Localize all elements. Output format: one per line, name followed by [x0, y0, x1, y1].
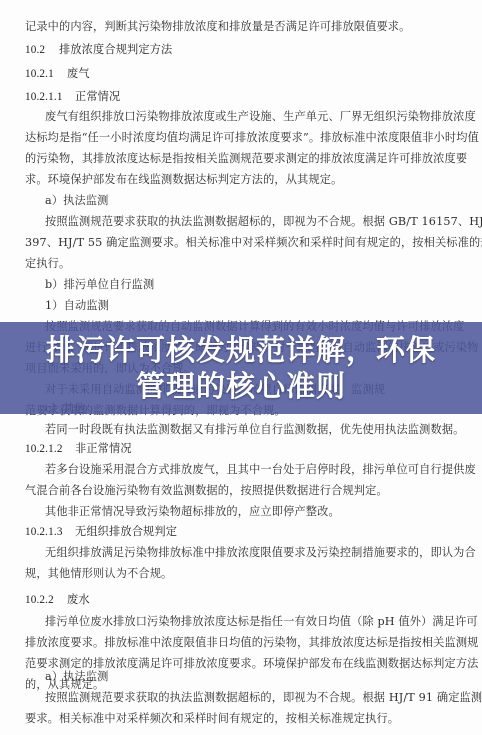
paragraph-line: 达标均是指“任一小时浓度均值均满足许可排放浓度要求”。排放标准中浓度限值非小时均… — [25, 131, 479, 145]
section-number: 10.2.2 — [25, 593, 67, 607]
paragraph-line: 排放浓度要求。排放标准中浓度限值非日均值的污染物，其排放浓度达标是指按相关监测规 — [25, 636, 479, 650]
paragraph-line: 记录中的内容，判断其污染物排放浓度和排放量是否满足许可排放限值要求。 — [25, 20, 410, 34]
section-number: 10.2.1.3 — [25, 525, 75, 539]
section-heading-10-2-1-3: 10.2.1.3无组织排放合规判定 — [25, 525, 177, 539]
paragraph-line: 按照监测规范要求获取的执法监测数据超标的，即视为不合规。根据 GB/T 1615… — [45, 215, 482, 229]
paragraph-line: 若同一时段既有执法监测数据又有排污单位自行监测数据，优先使用执法监测数据。 — [45, 423, 465, 437]
section-title: 废气 — [67, 67, 90, 80]
paragraph-line: 定执行。 — [25, 257, 70, 271]
banner-title-line-2: 管理的核心准则 — [136, 368, 346, 404]
list-item-label: b）排污单位自行监测 — [45, 278, 154, 292]
paragraph-line: 若多台设施采用混合方式排放废气，且其中一台处于启停时段，排污单位可自行提供废 — [45, 463, 476, 477]
paragraph-line: 废气有组织排放口污染物排放浓度或生产设施、生产单元、厂界无组织污染物排放浓度 — [45, 110, 476, 124]
paragraph-line: 的污染物，其排放浓度达标是指按相关监测规范要求测定的排放浓度满足许可排放浓度要 — [25, 152, 467, 166]
section-heading-10-2-1-1: 10.2.1.1正常情况 — [25, 90, 120, 104]
section-title: 非正常情况 — [75, 442, 132, 455]
paragraph-line: 气混合前各台设施污染物有效监测数据的，按照提供数据进行合规判定。 — [25, 484, 388, 498]
list-item-label: a）执法监测 — [45, 670, 109, 684]
section-number: 10.2 — [25, 43, 59, 57]
section-title: 无组织排放合规判定 — [75, 525, 177, 538]
paragraph-line: 按照监测规范要求获取的执法监测数据超标的，即视为不合规。根据 HJ/T 91 确… — [45, 691, 482, 705]
paragraph-line: 其他非正常情况导致污染物超标排放的，应立即停产整改。 — [45, 505, 340, 519]
section-heading-10-2-1-2: 10.2.1.2非正常情况 — [25, 442, 132, 456]
banner-title-line-1: 排污许可核发规范详解，环保 — [46, 332, 436, 368]
section-title: 排放浓度合规判定方法 — [59, 43, 172, 56]
list-item-label: a）执法监测 — [45, 194, 109, 208]
list-item-label: 1）自动监测 — [45, 299, 109, 313]
paragraph-line: 规，其他情形则认为不合规。 — [25, 567, 172, 581]
paragraph-line: 要求。相关标准中对采样频次和采样时间有规定的，按相关标准规定执行。 — [25, 712, 399, 726]
section-heading-10-2-2: 10.2.2废水 — [25, 593, 90, 607]
section-number: 10.2.1 — [25, 67, 67, 81]
section-title: 正常情况 — [75, 90, 120, 103]
section-heading-10-2: 10.2排放浓度合规判定方法 — [25, 43, 172, 57]
paragraph-line: 求。环境保护部发布在线监测数据达标判定方法的，从其规定。 — [25, 173, 342, 187]
paragraph-line: 无组织排放满足污染物排放标准中排放浓度限值要求及污染控制措施要求的，即认为合 — [45, 546, 476, 560]
section-number: 10.2.1.2 — [25, 442, 75, 456]
section-title: 废水 — [67, 593, 90, 606]
paragraph-line: 排污单位废水排放口污染物排放浓度达标是指任一有效日均值（除 pH 值外）满足许可 — [45, 615, 478, 629]
section-number: 10.2.1.1 — [25, 90, 75, 104]
section-heading-10-2-1: 10.2.1废气 — [25, 67, 90, 81]
paragraph-line: 397、HJ/T 55 确定监测要求。相关标准中对采样频次和采样时间有规定的，按… — [25, 236, 482, 250]
paragraph-line: 范要求测定的排放浓度满足许可排放浓度要求。环境保护部发布在线监测数据达标判定方法 — [25, 657, 479, 671]
title-banner: 排污许可核发规范详解，环保 管理的核心准则 — [0, 322, 482, 414]
